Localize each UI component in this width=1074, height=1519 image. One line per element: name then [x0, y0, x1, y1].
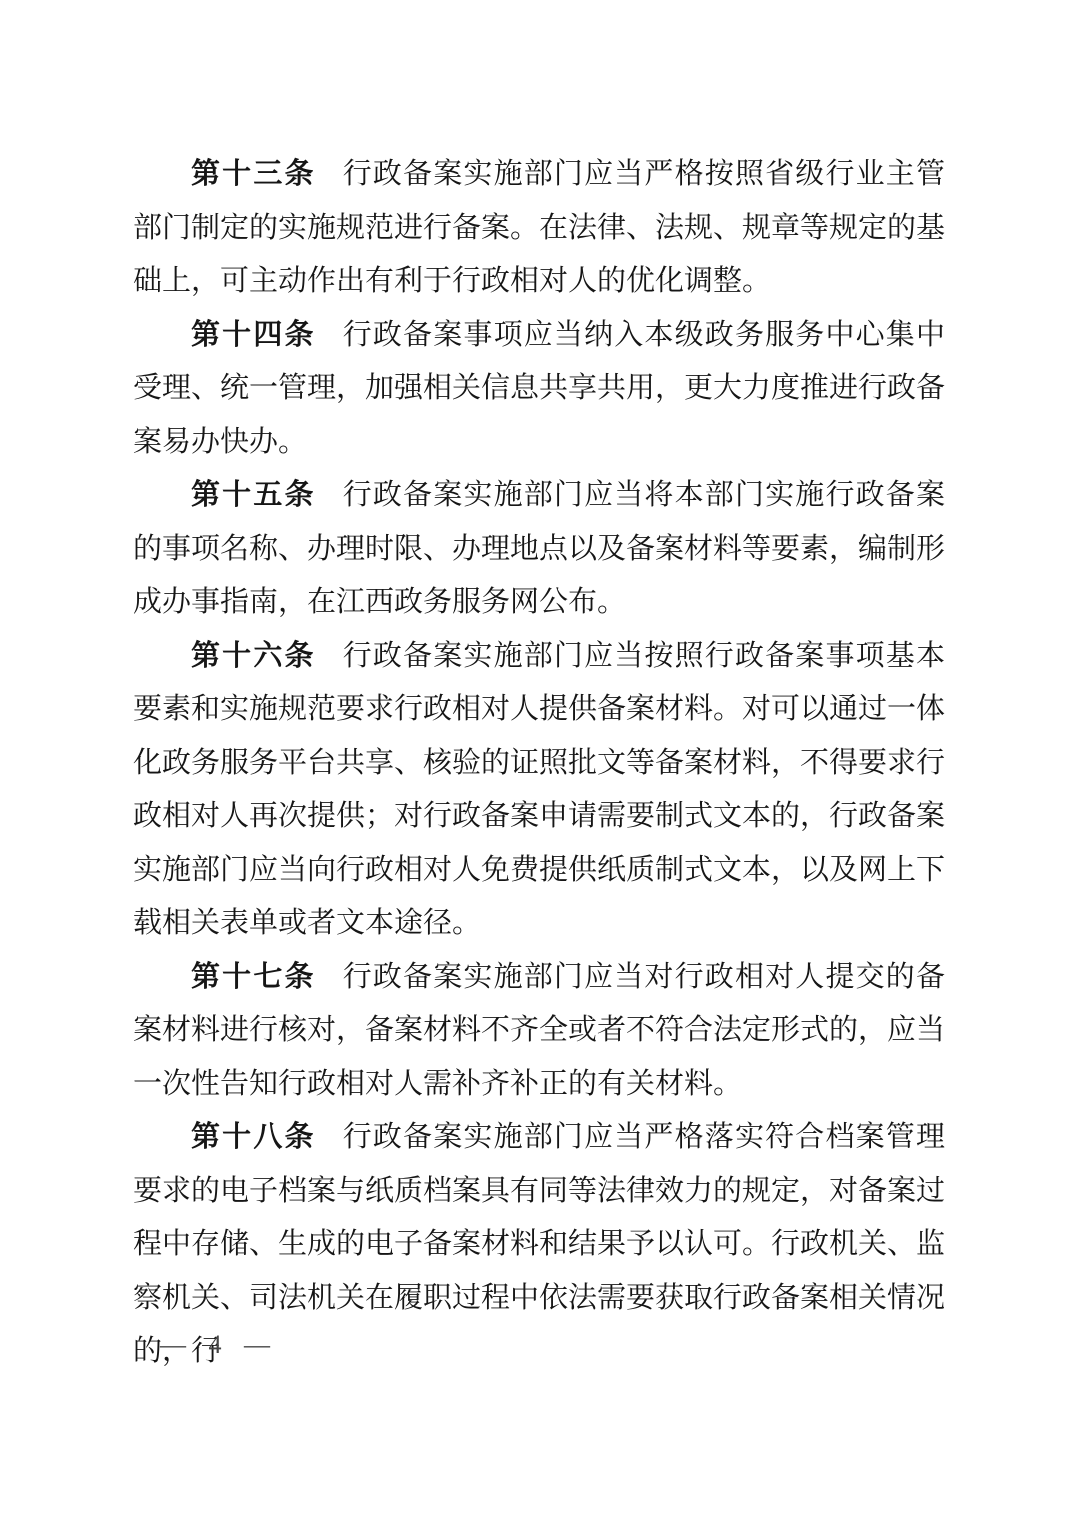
article-14-paragraph: 第十四条行政备案事项应当纳入本级政务服务中心集中受理、统一管理，加强相关信息共享…: [133, 309, 945, 470]
article-15-number: 第十五条: [191, 479, 316, 511]
article-16-paragraph: 第十六条行政备案实施部门应当按照行政备案事项基本要素和实施规范要求行政相对人提供…: [133, 630, 945, 951]
document-body: 第十三条行政备案实施部门应当严格按照省级行业主管部门制定的实施规范进行备案。在法…: [133, 148, 945, 1379]
article-18-number: 第十八条: [191, 1121, 316, 1153]
article-13-paragraph: 第十三条行政备案实施部门应当严格按照省级行业主管部门制定的实施规范进行备案。在法…: [133, 148, 945, 309]
article-16-number: 第十六条: [191, 640, 316, 672]
article-17-paragraph: 第十七条行政备案实施部门应当对行政相对人提交的备案材料进行核对，备案材料不齐全或…: [133, 951, 945, 1112]
article-17-number: 第十七条: [191, 961, 316, 993]
article-14-number: 第十四条: [191, 319, 316, 351]
article-13-number: 第十三条: [191, 158, 316, 190]
article-15-paragraph: 第十五条行政备案实施部门应当将本部门实施行政备案的事项名称、办理时限、办理地点以…: [133, 469, 945, 630]
article-16-text: 行政备案实施部门应当按照行政备案事项基本要素和实施规范要求行政相对人提供备案材料…: [133, 640, 945, 940]
document-page: 第十三条行政备案实施部门应当严格按照省级行业主管部门制定的实施规范进行备案。在法…: [0, 0, 1074, 1519]
page-number: — 4 —: [160, 1330, 272, 1360]
